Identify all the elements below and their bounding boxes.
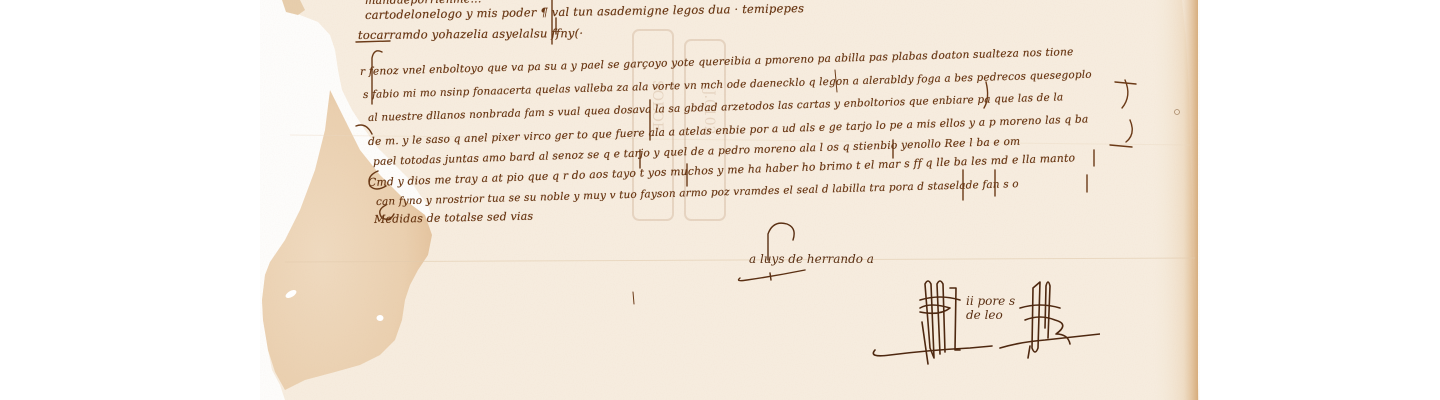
body-line-3: tocarramdo yohazelia asyelalsu ffny(· <box>358 26 583 42</box>
second-signature-rubric-icon <box>870 268 1100 378</box>
second-signature-text: ii pore s de leo <box>966 294 1026 322</box>
first-signature-text: a luys de herrando a <box>749 252 874 266</box>
document-viewer: SOLOE J.0102 mandaeporrienme... cartodel… <box>0 0 1440 400</box>
second-signature: ii pore s de leo <box>870 268 1100 378</box>
